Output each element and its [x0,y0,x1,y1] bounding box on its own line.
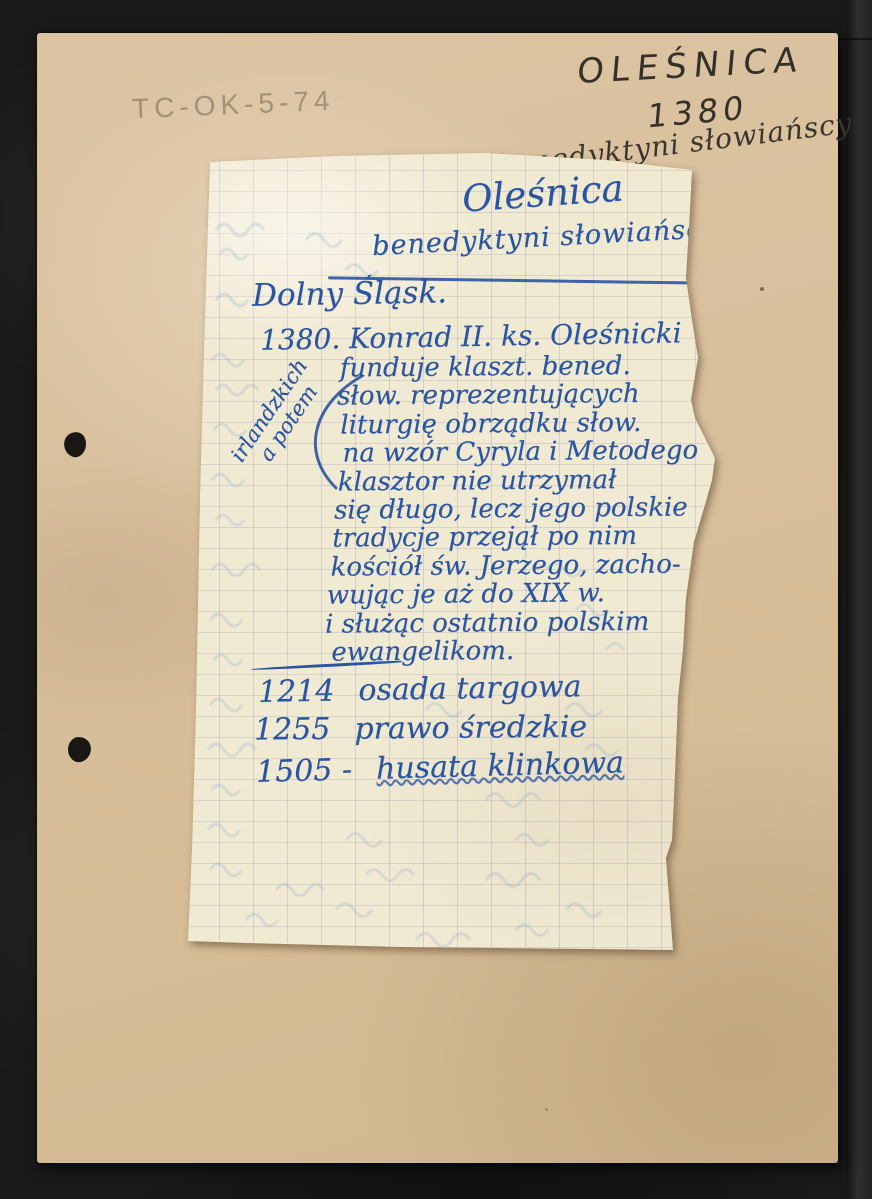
body-line: i służąc ostatnio polskim [325,606,700,638]
body-line: kościół św. Jerzego, zacho- [330,549,699,581]
catalog-card: TC-OK-5-74 OLEŚNICA 1380 benedyktyni sło… [37,33,838,1163]
card-title: OLEŚNICA [575,40,805,92]
archive-photo: TC-OK-5-74 OLEŚNICA 1380 benedyktyni sło… [0,0,872,1199]
note-title: Oleśnica [461,166,625,220]
timeline-row: 1505 - husata klinkowa [256,745,625,790]
timeline-row: 1214 osada targowa [258,669,582,710]
timeline-event: husata klinkowa [376,745,625,786]
timeline-year: 1505 - [256,752,353,790]
note-subtitle: benedyktyni słowiańscy [371,213,719,262]
timeline-year: 1255 [254,712,331,748]
album-page-edge [846,0,872,1199]
note-paper-wrap: Oleśnica benedyktyni słowiańscy Dolny Śl… [186,150,718,960]
timeline-event: prawo średzkie [354,710,587,747]
timeline-row: 1255 prawo średzkie [254,710,587,748]
body-line: klasztor nie utrzymał [338,464,699,496]
note-paper: Oleśnica benedyktyni słowiańscy Dolny Śl… [186,150,718,960]
body-line: słow. reprezentujących [337,379,698,411]
punch-hole-bottom [66,736,92,764]
punch-hole-top [62,430,89,459]
timeline-year: 1214 [258,673,335,709]
body-line: wując je aż do XIX w. [327,577,700,609]
body-line: tradycje przejął po nim [332,521,699,553]
note-body: funduje klaszt. bened. słow. reprezentuj… [323,350,700,666]
body-line: się długo, lecz jego polskie [334,492,699,524]
timeline-event: osada targowa [358,669,582,708]
body-line: na wzór Cyryla i Metodego [342,436,698,467]
body-line: funduje klaszt. bened. [340,350,698,382]
region-line: Dolny Śląsk. [252,274,448,313]
catalog-number: TC-OK-5-74 [131,85,335,126]
body-line: liturgię obrządku słow. [340,407,698,439]
paper-speck [545,1108,548,1111]
background-seam [838,38,872,40]
paper-speck [760,287,764,291]
